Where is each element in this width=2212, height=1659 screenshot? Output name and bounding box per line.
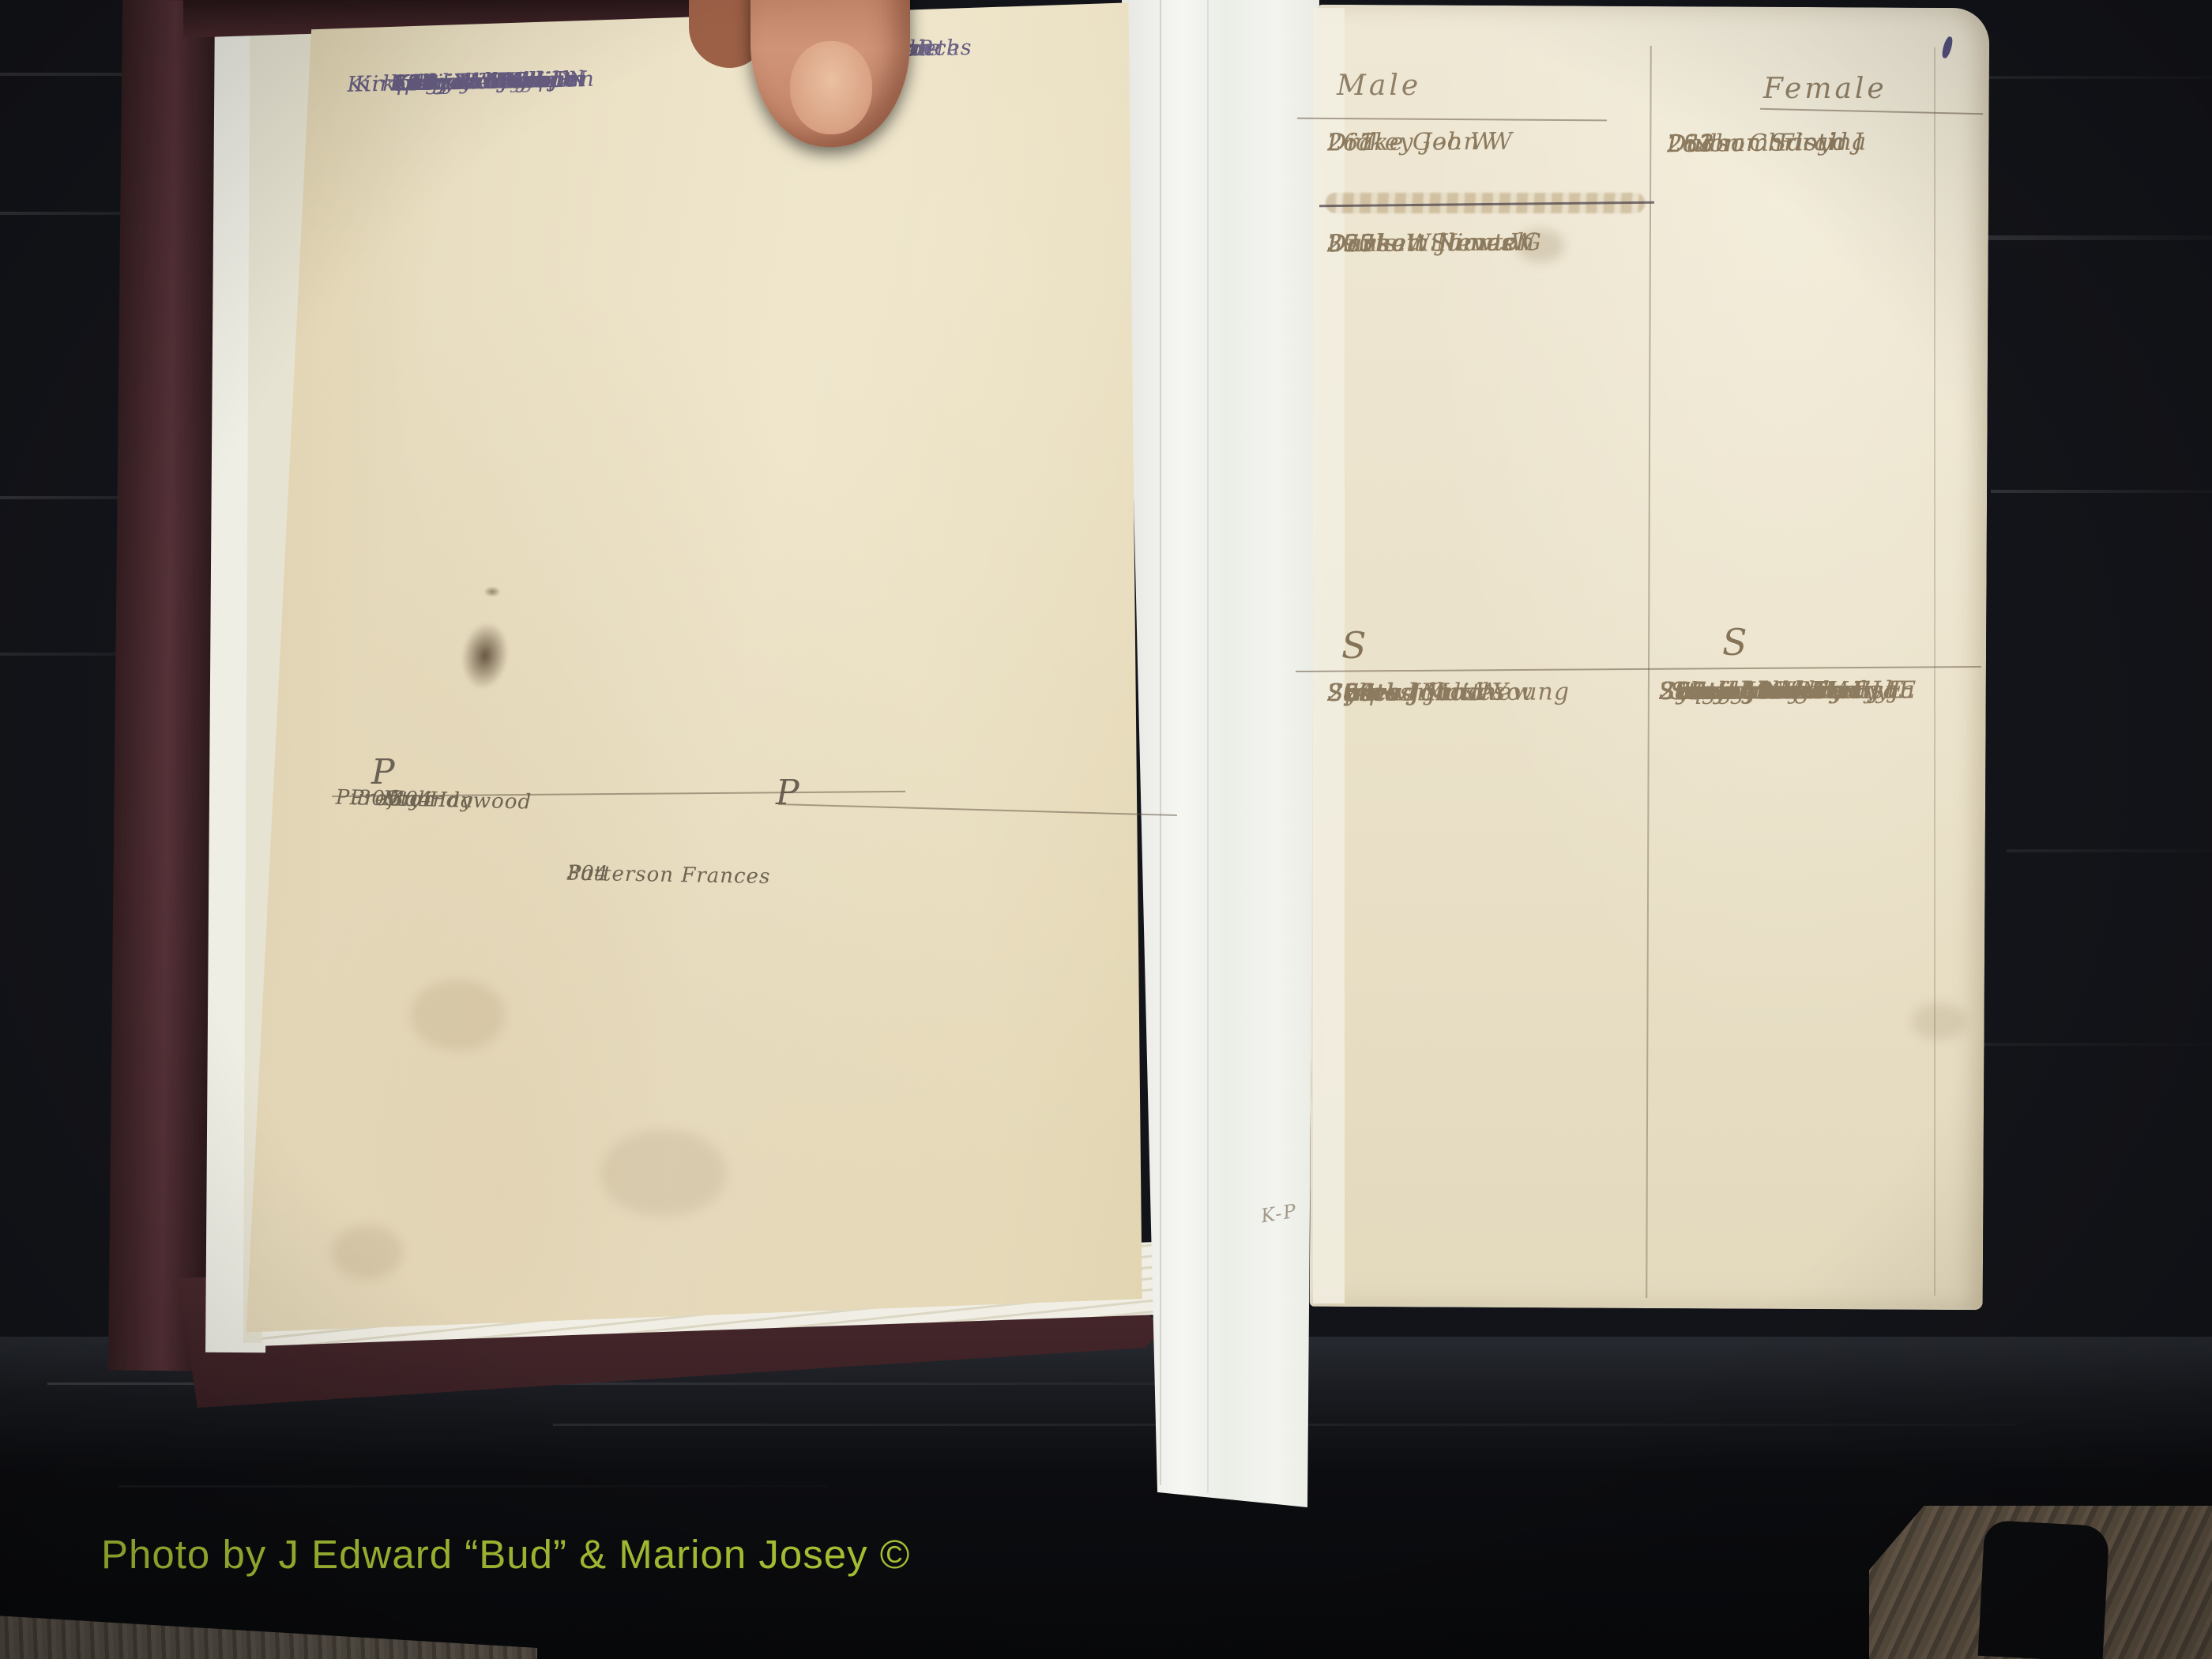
background-streak (1951, 1043, 2212, 1046)
background-streak (1981, 235, 2212, 240)
section-letter-s: S (1341, 624, 1367, 667)
page-stain (600, 1130, 727, 1217)
entry-page-number: 303 (1327, 228, 1375, 259)
fingernail (790, 41, 872, 134)
background-streak (2007, 849, 2212, 852)
entry-page-number: 304 (390, 787, 432, 811)
gutter-seam (1207, 0, 1209, 1493)
entry-page-number: 303 (1659, 674, 1707, 709)
female-column-header: Female (1763, 73, 1887, 105)
gutter-seam (1160, 0, 1161, 1485)
table-edge-highlight (118, 1485, 829, 1488)
male-column-header: Male (1337, 70, 1421, 102)
entry-page-number: 281 (1667, 126, 1715, 162)
book-cover-left-edge (108, 0, 219, 1371)
page-stain (1912, 1003, 1967, 1040)
table-leg (1978, 1520, 2110, 1659)
number-column-line (1934, 47, 1935, 1296)
page-stain (411, 980, 506, 1051)
entry-page-number: 299 (1327, 674, 1375, 713)
entry-page-number: 267 (1327, 126, 1375, 160)
entry-page-number: 304 (567, 862, 609, 886)
index-row: Kirkland Stephen 291 (393, 70, 393, 98)
ledger-book-photo: Kirkland John 34 Kirkland Samuel 55 Kirk… (0, 0, 2212, 1659)
entry-page-number: 291 (393, 69, 436, 97)
page-stain (332, 1224, 403, 1280)
background-streak (1981, 76, 2212, 79)
background-streak (1991, 490, 2212, 493)
photographer-watermark: Photo by J Edward “Bud” & Marion Josey © (101, 1531, 910, 1578)
section-letter-s: S (1722, 621, 1748, 664)
ink-smudge-stain (483, 586, 501, 597)
